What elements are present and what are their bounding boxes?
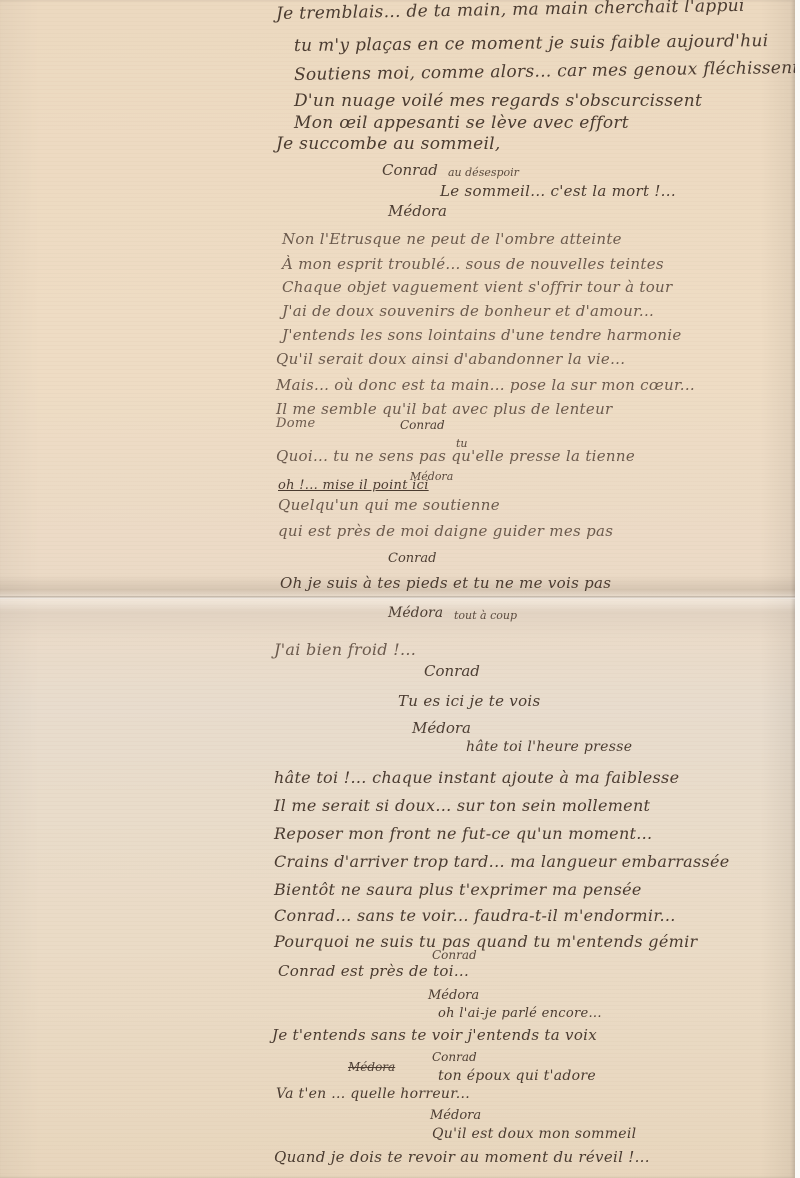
manuscript-line: Conrad est près de toi... [278, 962, 469, 980]
manuscript-line: Je tremblais... de ta main, ma main cher… [276, 0, 745, 24]
manuscript-line: oh l'ai-je parlé encore... [438, 1006, 602, 1021]
speaker-name: Conrad [382, 161, 438, 179]
paper-fold-crease [0, 596, 795, 599]
manuscript-page: Je tremblais... de ta main, ma main cher… [0, 0, 795, 1178]
manuscript-line: Oh je suis à tes pieds et tu ne me vois … [280, 574, 611, 592]
scan-border [795, 0, 800, 1178]
manuscript-line: tu m'y plaças en ce moment je suis faibl… [294, 31, 769, 56]
speaker-name: Conrad [388, 551, 436, 566]
manuscript-line: Mais... où donc est ta main... pose la s… [276, 376, 695, 394]
manuscript-line: Qu'il serait doux ainsi d'abandonner la … [276, 350, 625, 368]
manuscript-line: À mon esprit troublé... sous de nouvelle… [282, 255, 664, 273]
manuscript-line: D'un nuage voilé mes regards s'obscurcis… [294, 91, 702, 111]
manuscript-line: Reposer mon front ne fut-ce qu'un moment… [274, 824, 652, 843]
speaker-name: Médora [430, 1108, 481, 1123]
manuscript-line: Il me serait si doux... sur ton sein mol… [274, 796, 650, 815]
manuscript-line: Bientôt ne saura plus t'exprimer ma pens… [274, 880, 642, 899]
manuscript-line: Tu es ici je te vois [398, 692, 541, 710]
manuscript-line: Soutiens moi, comme alors... car mes gen… [294, 58, 800, 85]
speaker-name: Médora [428, 988, 479, 1003]
speaker-name: Conrad [400, 418, 445, 432]
manuscript-line: J'ai bien froid !... [274, 640, 416, 659]
speaker-name: Conrad [424, 662, 480, 680]
manuscript-line: Dome [276, 416, 315, 431]
manuscript-line: Je t'entends sans te voir j'entends ta v… [272, 1026, 597, 1044]
interlinear-correction: oh !... mise il point ici [278, 478, 429, 493]
speaker-name: Médora [388, 202, 447, 220]
speaker-name: Conrad [432, 1050, 477, 1064]
manuscript-line: ton époux qui t'adore [438, 1068, 596, 1084]
manuscript-line: Quand je dois te revoir au moment du rév… [274, 1148, 650, 1166]
speaker-name: Médora [412, 719, 471, 737]
manuscript-line: Je succombe au sommeil, [276, 134, 501, 154]
manuscript-line: Mon œil appesanti se lève avec effort [294, 113, 629, 133]
manuscript-line: qui est près de moi daigne guider mes pa… [278, 522, 613, 540]
manuscript-line: Quoi... tu ne sens pas qu'elle presse la… [276, 447, 635, 465]
manuscript-line: Crains d'arriver trop tard... ma langueu… [274, 852, 730, 871]
manuscript-line: Chaque objet vaguement vient s'offrir to… [282, 278, 672, 296]
manuscript-line: Qu'il est doux mon sommeil [432, 1126, 636, 1142]
struck-speaker-name: Médora [348, 1060, 395, 1074]
manuscript-line: Il me semble qu'il bat avec plus de lent… [276, 400, 613, 418]
manuscript-line: Non l'Etrusque ne peut de l'ombre attein… [282, 230, 622, 248]
manuscript-line: hâte toi l'heure presse [466, 739, 632, 755]
manuscript-line: Va t'en ... quelle horreur... [276, 1086, 470, 1102]
stage-direction: tout à coup [454, 609, 517, 622]
speaker-name: Conrad [432, 948, 477, 962]
manuscript-line: Le sommeil... c'est la mort !... [440, 182, 676, 200]
speaker-name: Médora [388, 605, 443, 621]
manuscript-line: hâte toi !... chaque instant ajoute à ma… [274, 768, 679, 787]
manuscript-line: Quelqu'un qui me soutienne [278, 496, 500, 514]
stage-direction: au désespoir [448, 166, 519, 179]
manuscript-line: J'ai de doux souvenirs de bonheur et d'a… [282, 302, 654, 320]
manuscript-line: Pourquoi ne suis tu pas quand tu m'enten… [274, 932, 697, 951]
manuscript-line: Conrad... sans te voir... faudra-t-il m'… [274, 906, 676, 925]
manuscript-line: J'entends les sons lointains d'une tendr… [282, 326, 682, 344]
